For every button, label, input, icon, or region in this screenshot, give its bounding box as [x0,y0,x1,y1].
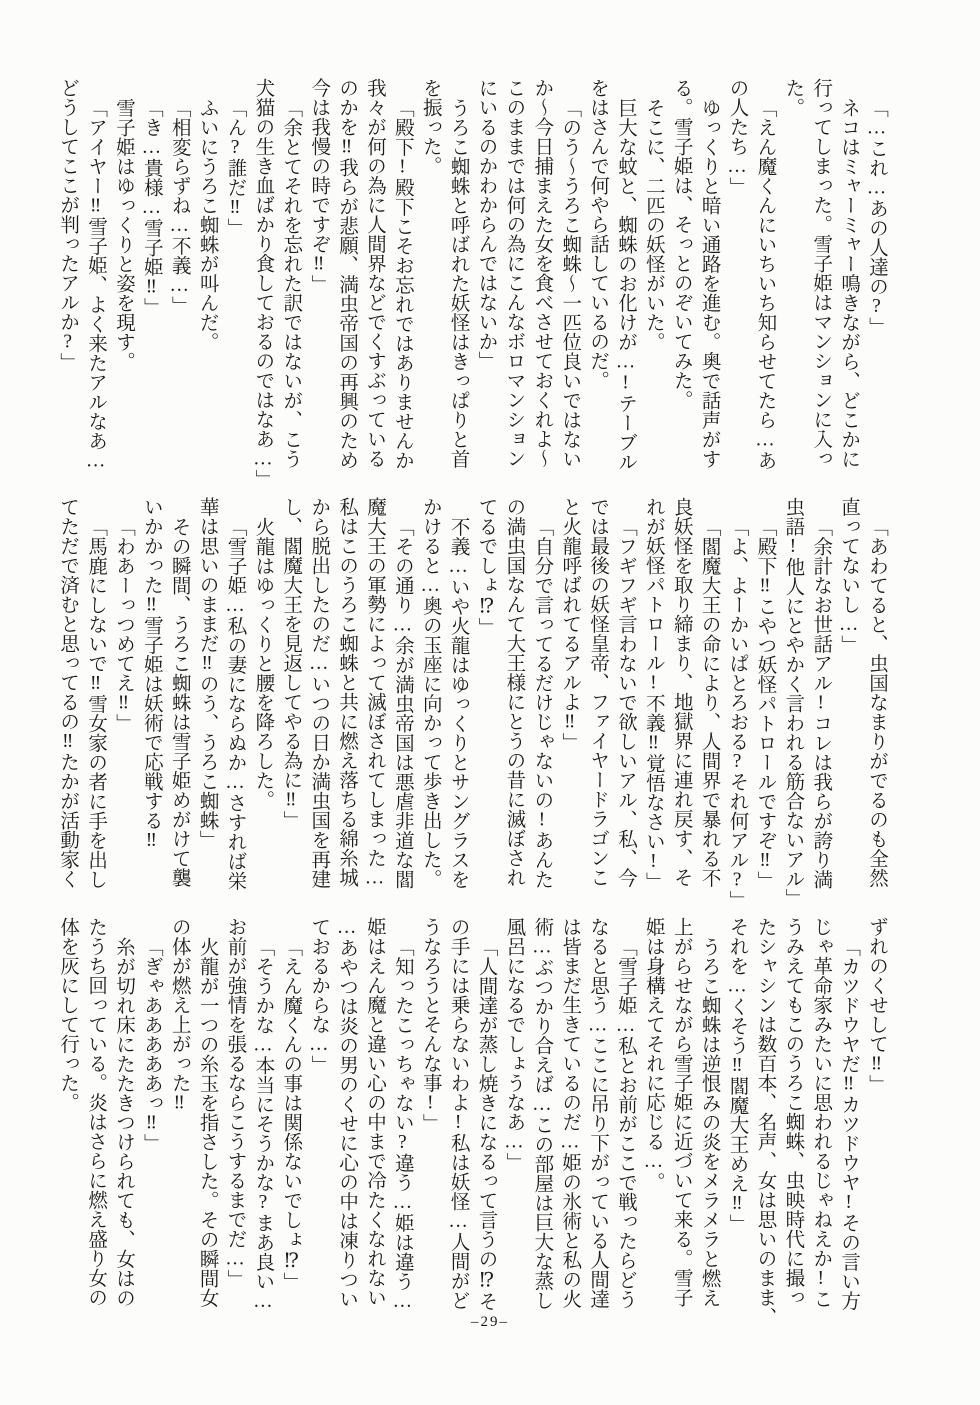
text-column: 私はこのうろこ蜘蛛と共に燃え落ちる綿糸城 [337,497,357,887]
text-column: では最後の妖怪皇帝、ファイヤードラゴンこ [588,497,608,887]
text-column: 「よ、よーかいぱとろおる?それ何アル?」 [727,497,747,887]
text-column: 「カツドウヤだ‼カツドウヤ!その言い方 [839,917,859,1307]
text-column: る。雪子姫は、そっとのぞいてみた。 [671,78,691,468]
text-column: 姫はえん魔と違い心の中まで冷たくなれない [364,917,384,1307]
text-column: 直ってないし…」 [839,497,859,887]
text-column: 虫語!他人にとやかく言われる筋合ないアル」 [783,497,803,887]
text-column: と火龍呼ばれてるアルよ‼」 [560,497,580,887]
text-column: うみえてもこのうろこ蜘蛛、虫映時代に撮っ [783,917,803,1307]
text-column: 糸が切れ床にたたきつけられても、女はの [113,917,133,1307]
text-column: を振った。 [420,78,440,468]
text-column: 火龍はゆっくりと腰を降ろした。 [253,497,273,887]
text-column: 「のう〜うろこ蜘蛛〜一匹位良いではない [560,78,580,468]
text-column: 「あわてると、虫国なまりがでるのも全然 [867,497,887,887]
text-column: てただで済むと思ってるの‼たかが活動家く [58,497,78,887]
text-column: うろこ蜘蛛は逆恨みの炎をメラメラと燃え [699,917,719,1307]
text-column: 「知ったこっちゃない?違う…姫は違う… [392,917,412,1307]
text-column: そこに、二匹の妖怪がいた。 [643,78,663,468]
text-column: なると思う…ここに吊り下がっている人間達 [588,917,608,1307]
text-column: いかかった‼雪子姫は妖術で応戦する‼ [141,497,161,887]
text-column: それを…くそう‼閻魔大王めえ‼」 [727,917,747,1307]
text-column: うなろうとそんな事!」 [420,917,440,1307]
text-column: 「閻魔大王の命により、人間界で暴れる不 [699,497,719,887]
text-column: 我々が何の為に人間界などでくすぶっている [364,78,384,468]
text-column: 華は思いのままだ‼のう、うろこ蜘蛛」 [197,497,217,887]
text-column: は皆まだ生きているのだ…姫の氷術と私の火 [560,917,580,1307]
text-column: どうしてここが判ったアルか?」 [58,78,78,468]
text-column: 行ってしまった。雪子姫はマンションに入っ [811,78,831,468]
text-column: 「その通り…余が満虫帝国は悪虐非道な閻 [392,497,412,887]
text-column: 「き…貴様…雪子姫‼」 [141,78,161,468]
text-column: 「相変らずね…不義…」 [169,78,189,468]
text-column: し、閻魔大王を見返してやる為に‼」 [281,497,301,887]
text-column: の手には乗らないわよ!私は妖怪…人間がど [448,917,468,1307]
text-column: 犬猫の生き血ばかり食しておるのではなあ…」 [253,78,273,468]
text-column: 「自分で言ってるだけじゃないの!あんた [532,497,552,887]
text-column: 上がらせながら雪子姫に近づいて来る。雪子 [671,917,691,1307]
text-column: うろこ蜘蛛と呼ばれた妖怪はきっぱりと首 [448,78,468,468]
text-column: ゆっくりと暗い通路を進む。奥で話声がす [699,78,719,468]
text-column: 良妖怪を取り締まり、地獄界に連れ戻す、そ [671,497,691,887]
text-column: 巨大な蚊と、蜘蛛のお化けが…!テーブル [615,78,635,468]
text-column: 「えん魔くんにいちいち知らせてたら…あ [755,78,775,468]
text-column: 「馬鹿にしないで‼雪女家の者に手を出し [86,497,106,887]
text-column: 「殿下‼こやつ妖怪パトロールですぞ‼」 [755,497,775,887]
text-column: 体を灰にして行った。 [58,917,78,1307]
text-column: お前が強情を張るならこうするまでだ…」 [225,917,245,1307]
text-column: か〜今日捕まえた女を食べさせておくれよ〜 [532,78,552,468]
text-column: 雪子姫はゆっくりと姿を現す。 [113,78,133,468]
text-column: たシャシンは数百本、名声、女は思いのまま、 [755,917,775,1307]
text-column: かけると…奥の玉座に向かって歩き出した。 [420,497,440,887]
text-column: このままでは何の為にこんなボロマンション [504,78,524,468]
text-column: れが妖怪パトロール!不義‼覚悟なさい!」 [643,497,663,887]
text-column: 「アイヤー‼雪子姫、よく来たアルなあ… [86,78,106,468]
text-column: 「そうかな…本当にそうかな?まあ良い… [253,917,273,1307]
text-column: をはさんで何やら話しているのだ。 [588,78,608,468]
text-column: 「ん?誰だ‼」 [225,78,245,468]
text-block-bottom: ずれのくせして‼」「カツドウヤだ‼カツドウヤ!その言い方じゃ革命家みたいに思われ… [40,917,886,1307]
text-column: 「余計なお世話アル!コレは我らが誇り満 [811,497,831,887]
text-column: 「わあーっつめてえ‼」 [113,497,133,887]
text-column: じゃ革命家みたいに思われるじゃねえか!こ [811,917,831,1307]
text-column: 今は我慢の時ですぞ‼」 [309,78,329,468]
text-column: から脱出したのだ…いつの日か満虫国を再建 [309,497,329,887]
text-column: たうち回っている。炎はさらに燃え盛り女の [86,917,106,1307]
text-column: ネコはミャーミャー鳴きながら、どこかに [839,78,859,468]
text-column: のかを‼我らが悲願、満虫帝国の再興のため [337,78,357,468]
text-column: 不義…いや火龍はゆっくりとサングラスを [448,497,468,887]
text-column: 風呂になるでしょうなあ…」 [504,917,524,1307]
text-column: の人たち…」 [727,78,747,468]
text-column: 「えん魔くんの事は関係ないでしょ⁉」 [281,917,301,1307]
text-column: ずれのくせして‼」 [867,917,887,1307]
text-column: ておるからな…」 [309,917,329,1307]
text-column: にいるのかわからんではないか」 [476,78,496,468]
text-block-top: 「…これ…あの人達の?」ネコはミャーミャー鳴きながら、どこかに行ってしまった。雪… [40,78,886,468]
text-column: た。 [783,78,803,468]
document-page: 「…これ…あの人達の?」ネコはミャーミャー鳴きながら、どこかに行ってしまった。雪… [0,0,980,1405]
text-block-middle: 「あわてると、虫国なまりがでるのも全然直ってないし…」「余計なお世話アル!コレは… [40,497,886,887]
text-column: 「…これ…あの人達の?」 [867,78,887,468]
text-column: 魔大王の軍勢によって滅ぼされてしまった… [364,497,384,887]
text-column: てるでしょ⁉」 [476,497,496,887]
text-column: ふいにうろこ蜘蛛が叫んだ。 [197,78,217,468]
page-number: –29– [0,1314,980,1331]
text-column: 姫は身構えてそれに応じる…。 [643,917,663,1307]
text-column: 「フギフギ言わないで欲しいアル、私、今 [615,497,635,887]
text-column: その瞬間、うろこ蜘蛛は雪子姫めがけて襲 [169,497,189,887]
text-column: 「ぎゃあああああっ‼」 [141,917,161,1307]
text-column: 「雪子姫…私とお前がここで戦ったらどう [615,917,635,1307]
text-column: の体が燃え上がった‼ [169,917,189,1307]
text-column: 術…ぶつかり合えば…この部屋は巨大な蒸し [532,917,552,1307]
text-column: 火龍が一つの糸玉を指さした。その瞬間女 [197,917,217,1307]
text-column: 「人間達が蒸し焼きになるって言うの⁉そ [476,917,496,1307]
text-column: の満虫国なんて大王様にとうの昔に滅ぼされ [504,497,524,887]
text-column: …あやつは炎の男のくせに心の中は凍りつい [337,917,357,1307]
text-column: 「殿下!殿下こそお忘れではありませんか [392,78,412,468]
text-column: 「雪子姫…私の妻にならぬか…さすれば栄 [225,497,245,887]
text-column: 「余とてそれを忘れた訳ではないが、こう [281,78,301,468]
